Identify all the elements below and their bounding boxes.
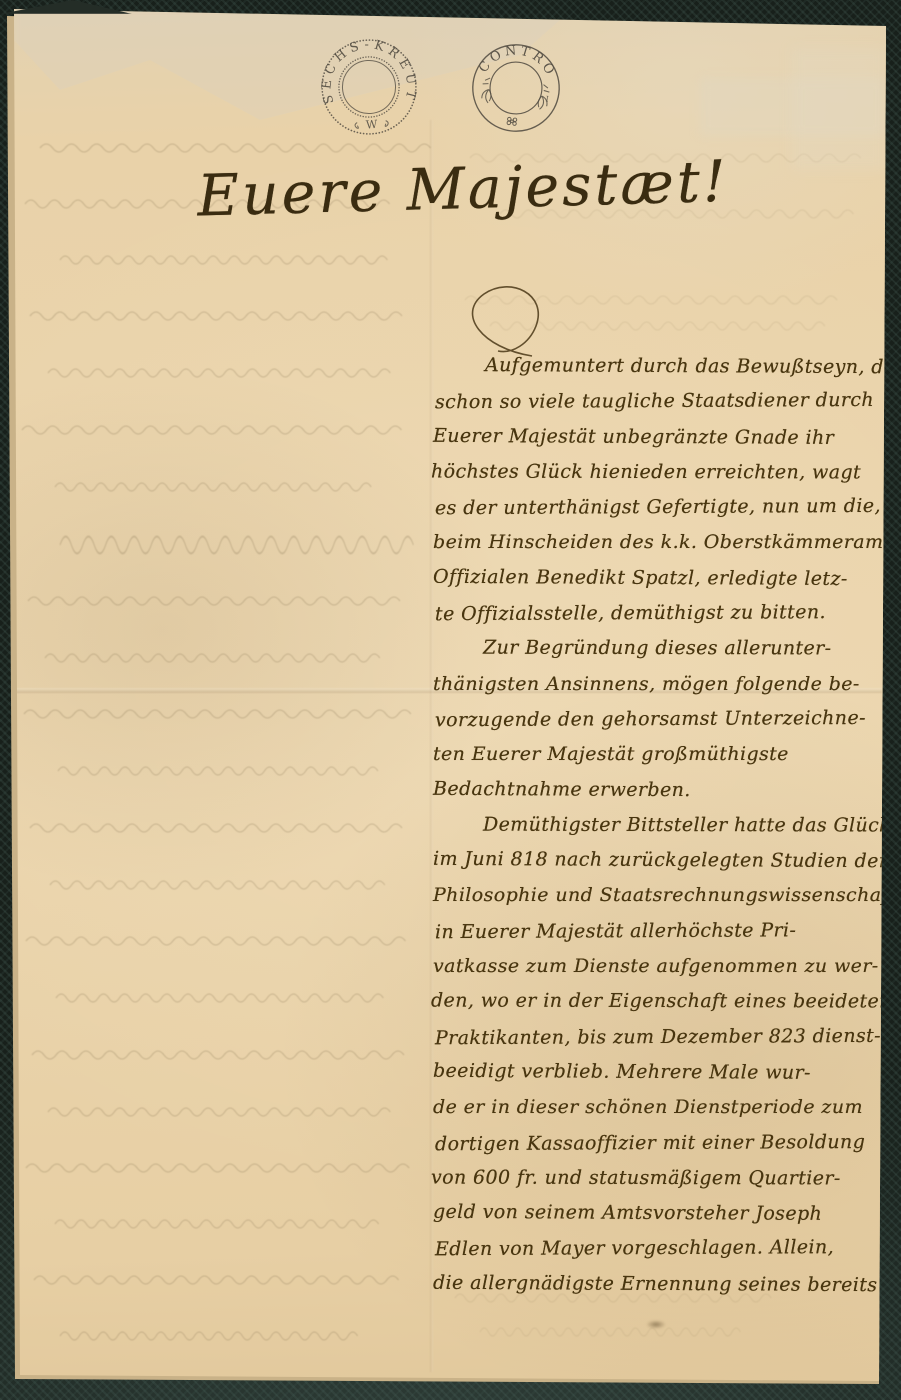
handwriting-text: den, wo er in der Eigenschaft eines beei… xyxy=(431,990,892,1013)
handwriting-text: dortigen Kassaoffizier mit einer Besoldu… xyxy=(435,1130,865,1154)
handwriting-line: geld von seinem Amtsvorsteher Joseph xyxy=(433,1195,891,1233)
handwriting-text: in Euerer Majestät allerhöchste Pri- xyxy=(435,919,796,943)
handwriting-text: Euerer Majestät unbegränzte Gnade ihr xyxy=(433,424,834,448)
letter-body: Aufgemuntert durch das Bewußtseyn, daß s… xyxy=(433,349,891,1302)
handwriting-text: höchstes Glück hienieden erreichten, wag… xyxy=(431,460,861,483)
ink-smudge xyxy=(646,1320,666,1329)
handwriting-line: die allergnädigste Ernennung seines bere… xyxy=(433,1266,891,1304)
handwriting-line: Philosophie und Staatsrechnungswissensch… xyxy=(433,878,891,913)
handwriting-text: thänigsten Ansinnens, mögen folgende be- xyxy=(433,673,860,695)
handwriting-text: beim Hinscheiden des k.k. Oberstkämmeram… xyxy=(433,531,901,553)
handwriting-line: von 600 fr. und statusmäßigem Quartier- xyxy=(431,1160,891,1196)
handwriting-line: es der unterthänigst Gefertigte, nun um … xyxy=(435,489,891,527)
handwriting-line: Edlen von Mayer vorgeschlagen. Allein, xyxy=(435,1230,891,1268)
handwriting-text: im Juni 818 nach zurückgelegten Studien … xyxy=(433,848,888,872)
handwriting-line: Offizialen Benedikt Spatzl, erledigte le… xyxy=(433,560,891,598)
handwriting-line: schon so viele taugliche Staatsdiener du… xyxy=(435,383,891,421)
handwriting-text: es der unterthänigst Gefertigte, nun um … xyxy=(435,495,881,519)
handwriting-line: de er in dieser schönen Dienstperiode zu… xyxy=(433,1090,891,1125)
handwriting-text: geld von seinem Amtsvorsteher Joseph xyxy=(433,1201,822,1225)
svg-text:SECHS-KREUTZER: SECHS-KREUTZER xyxy=(315,33,420,113)
photographed-document: SECHS-KREUTZER W CONTROL I xyxy=(0,0,901,1400)
handwriting-text: Offizialen Benedikt Spatzl, erledigte le… xyxy=(433,566,848,590)
handwriting-line: höchstes Glück hienieden erreichten, wag… xyxy=(431,454,891,490)
handwriting-line: vorzugende den gehorsamst Unterzeichne- xyxy=(435,701,891,739)
handwriting-line: Praktikanten, bis zum Dezember 823 diens… xyxy=(435,1018,891,1056)
handwriting-text: de er in dieser schönen Dienstperiode zu… xyxy=(433,1096,863,1118)
handwriting-line: den, wo er in der Eigenschaft eines beei… xyxy=(431,984,891,1020)
handwriting-text: Praktikanten, bis zum Dezember 823 diens… xyxy=(435,1024,881,1048)
handwriting-line: Zur Begründung dieses allerunter- xyxy=(431,631,891,667)
handwriting-text: Aufgemuntert durch das Bewußtseyn, daß xyxy=(485,354,901,378)
handwriting-line: Bedachtnahme erwerben. xyxy=(433,771,891,809)
letter-page: SECHS-KREUTZER W CONTROL I xyxy=(0,0,901,1400)
handwriting-line: dortigen Kassaoffizier mit einer Besoldu… xyxy=(435,1124,891,1162)
handwriting-text: ten Euerer Majestät großmüthigste xyxy=(433,743,789,765)
handwriting-line: in Euerer Majestät allerhöchste Pri- xyxy=(435,913,891,951)
handwriting-text: schon so viele taugliche Staatsdiener du… xyxy=(435,389,874,413)
fold-patch xyxy=(792,48,886,170)
handwriting-line: Aufgemuntert durch das Bewußtseyn, daß xyxy=(433,348,891,386)
sechs-kreutzer-stamp-icon: SECHS-KREUTZER W xyxy=(315,33,424,142)
bottom-edge-tear xyxy=(0,0,132,14)
handwriting-line: beim Hinscheiden des k.k. Oberstkämmeram… xyxy=(433,525,891,560)
handwriting-line: beeidigt verblieb. Mehrere Male wur- xyxy=(433,1054,891,1092)
handwriting-line: vatkasse zum Dienste aufgenommen zu wer- xyxy=(433,949,891,984)
control-stamp-icon: CONTROL I xyxy=(463,35,570,142)
handwriting-text: beeidigt verblieb. Mehrere Male wur- xyxy=(433,1060,811,1084)
handwriting-line: ten Euerer Majestät großmüthigste xyxy=(433,737,891,772)
handwriting-text: te Offizialsstelle, demüthigst zu bitten… xyxy=(435,601,826,625)
handwriting-line: thänigsten Ansinnens, mögen folgende be- xyxy=(433,667,891,702)
handwriting-text: Edlen von Mayer vorgeschlagen. Allein, xyxy=(435,1237,834,1261)
handwriting-line: im Juni 818 nach zurückgelegten Studien … xyxy=(433,842,891,880)
handwriting-line: te Offizialsstelle, demüthigst zu bitten… xyxy=(435,595,891,633)
handwriting-text: die allergnädigste Ernennung seines bere… xyxy=(433,1272,878,1296)
handwriting-line: Demüthigster Bittsteller hatte das Glück… xyxy=(431,807,891,843)
handwriting-line: Euerer Majestät unbegränzte Gnade ihr xyxy=(433,418,891,456)
handwriting-text: Philosophie und Staatsrechnungswissensch… xyxy=(433,884,901,906)
handwriting-text: Demüthigster Bittsteller hatte das Glück… xyxy=(483,813,898,836)
handwriting-text: vorzugende den gehorsamst Unterzeichne- xyxy=(435,707,866,731)
handwriting-text: Bedachtnahme erwerben. xyxy=(433,777,691,800)
stamp-bottom-letter: W xyxy=(365,118,378,132)
salutation: Euere Majestæt! xyxy=(196,148,739,283)
handwriting-text: vatkasse zum Dienste aufgenommen zu wer- xyxy=(433,955,879,977)
handwriting-text: Zur Begründung dieses allerunter- xyxy=(483,637,832,660)
handwriting-text: von 600 fr. und statusmäßigem Quartier- xyxy=(431,1166,841,1189)
